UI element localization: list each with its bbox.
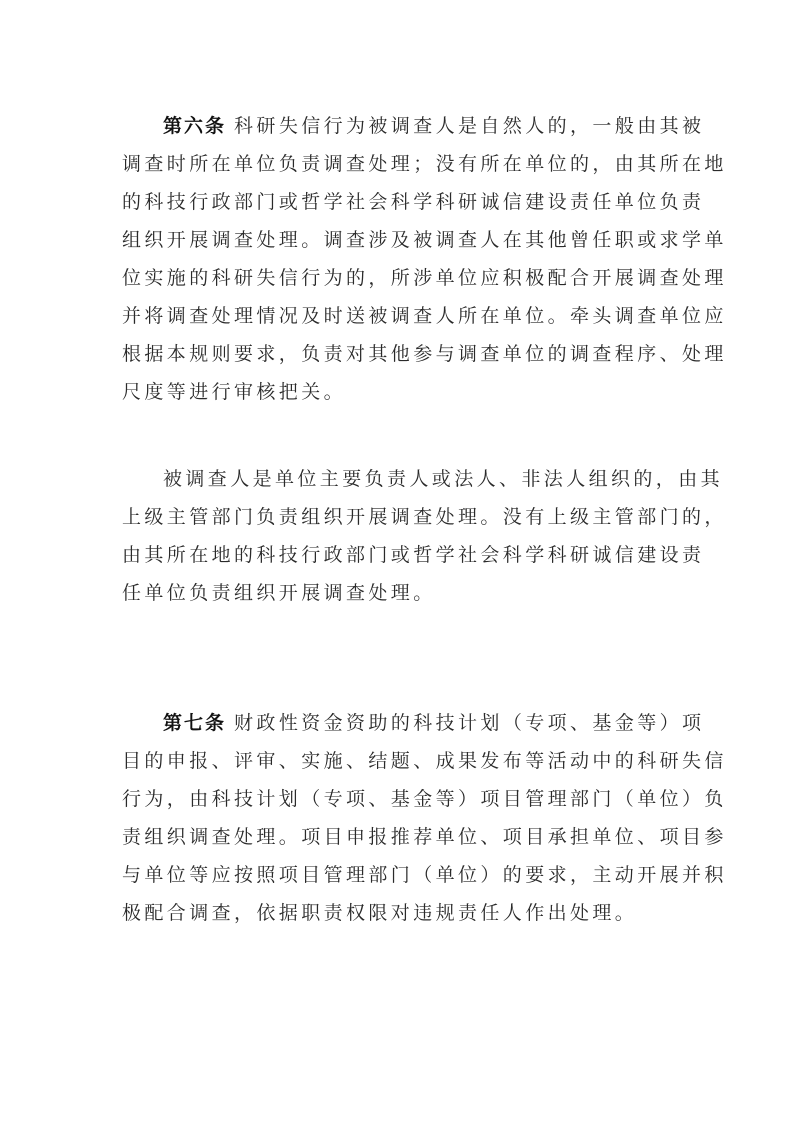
article-6-heading: 第六条	[163, 115, 226, 137]
paragraph-text: 科研失信行为被调查人是自然人的，一般由其被	[234, 115, 704, 137]
paragraph-line: 责组织调查处理。项目申报推荐单位、项目承担单位、项目参	[122, 818, 682, 856]
paragraph-line: 上级主管部门负责组织开展调查处理。没有上级主管部门的，	[122, 498, 682, 536]
paragraph-line: 并将调查处理情况及时送被调查人所在单位。牵头调查单位应	[122, 297, 682, 335]
paragraph-line: 极配合调查，依据职责权限对违规责任人作出处理。	[122, 894, 682, 932]
article-7-line-1: 第七条财政性资金资助的科技计划（专项、基金等）项	[163, 704, 723, 742]
paragraph-line: 组织开展调查处理。调查涉及被调查人在其他曾任职或求学单	[122, 221, 682, 259]
paragraph-line: 目的申报、评审、实施、结题、成果发布等活动中的科研失信	[122, 742, 682, 780]
paragraph-text: 财政性资金资助的科技计划（专项、基金等）项	[234, 712, 704, 734]
paragraph-line: 被调查人是单位主要负责人或法人、非法人组织的，由其	[163, 460, 723, 498]
paragraph-line: 任单位负责组织开展调查处理。	[122, 574, 682, 612]
paragraph-line: 由其所在地的科技行政部门或哲学社会科学科研诚信建设责	[122, 536, 682, 574]
paragraph-line: 根据本规则要求，负责对其他参与调查单位的调查程序、处理	[122, 335, 682, 373]
paragraph-line: 尺度等进行审核把关。	[122, 373, 682, 411]
article-7-heading: 第七条	[163, 712, 226, 734]
article-6-line-1: 第六条科研失信行为被调查人是自然人的，一般由其被	[163, 107, 723, 145]
paragraph-line: 位实施的科研失信行为的，所涉单位应积极配合开展调查处理	[122, 259, 682, 297]
paragraph-line: 的科技行政部门或哲学社会科学科研诚信建设责任单位负责	[122, 183, 682, 221]
paragraph-line: 与单位等应按照项目管理部门（单位）的要求，主动开展并积	[122, 856, 682, 894]
paragraph-line: 行为，由科技计划（专项、基金等）项目管理部门（单位）负	[122, 780, 682, 818]
paragraph-line: 调查时所在单位负责调查处理；没有所在单位的，由其所在地	[122, 145, 682, 183]
document-page: 第六条科研失信行为被调查人是自然人的，一般由其被 调查时所在单位负责调查处理；没…	[0, 0, 793, 1122]
